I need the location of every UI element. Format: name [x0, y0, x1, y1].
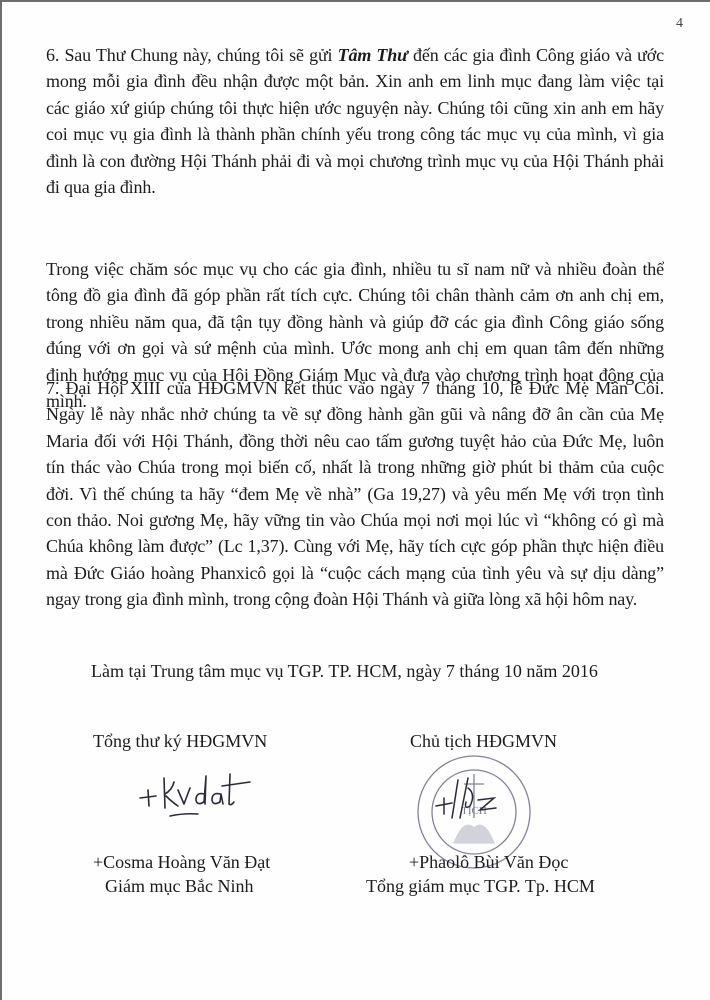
section-7-paragraph: 7. Đại Hội XIII của HĐGMVN kết thúc vào …	[46, 375, 664, 613]
text-line: các giáo xứ giúp chúng tôi thực hiện ước…	[46, 95, 664, 121]
text-line: đời. Vì thế chúng ta hãy “đem Mẹ về nhà”…	[46, 481, 664, 507]
text-line: Maria đối với Hội Thánh, đồng thời nêu c…	[46, 428, 664, 454]
text-line: con thảo. Noi gương Mẹ, hãy vững tin vào…	[46, 507, 664, 533]
right-signatory-role: Tổng giám mục TGP. Tp. HCM	[366, 876, 595, 897]
text-line: mà Đức Giáo hoàng Phanxicô gọi là “cuộc …	[46, 560, 664, 586]
text-line: mong mỗi gia đình đều nhận được một bản.…	[46, 68, 664, 94]
left-signatory-role: Giám mục Bắc Ninh	[105, 876, 253, 897]
text-line: đi qua gia đình.	[46, 174, 664, 200]
text-line: tông đồ gia đình đã góp phần rất tích cự…	[46, 282, 664, 308]
section-6-paragraph: 6. Sau Thư Chung này, chúng tôi sẽ gửi T…	[46, 42, 664, 200]
text-line: ngay trong gia đình mình, trong cộng đoà…	[46, 586, 664, 612]
left-signatory-title: Tổng thư ký HĐGMVN	[93, 731, 267, 752]
text-line: 6. Sau Thư Chung này, chúng tôi sẽ gửi T…	[46, 42, 664, 68]
handwritten-signature-left	[134, 764, 254, 824]
text-line: đình là con đường Hội Thánh phải đi và m…	[46, 148, 664, 174]
text-line: 7. Đại Hội XIII của HĐGMVN kết thúc vào …	[46, 375, 664, 401]
text-line: tín thác vào Chúa trong mọi biến cố, nhấ…	[46, 454, 664, 480]
page-number: 4	[676, 16, 683, 32]
text-line: Chúa không làm được” (Lc 1,37). Cùng với…	[46, 533, 664, 559]
place-and-date: Làm tại Trung tâm mục vụ TGP. TP. HCM, n…	[91, 661, 598, 682]
right-signatory-name: +Phaolô Bùi Văn Đọc	[409, 852, 568, 873]
text-line: đúng với ơn gọi và sứ mệnh của mình. Ước…	[46, 335, 664, 361]
emphasis-tam-thu: Tâm Thư	[338, 45, 408, 65]
document-page: 4 6. Sau Thư Chung này, chúng tôi sẽ gửi…	[0, 0, 710, 1000]
left-signatory-name: +Cosma Hoàng Văn Đạt	[93, 852, 270, 873]
text-line: Trong việc chăm sóc mục vụ cho các gia đ…	[46, 256, 664, 282]
text-line: coi mục vụ gia đình là thành phần chính …	[46, 121, 664, 147]
text-line: trong nhiều năm qua, đã tận tụy đồng hàn…	[46, 309, 664, 335]
text-line: Ngày lễ này nhắc nhở chúng ta về sự đồng…	[46, 401, 664, 427]
